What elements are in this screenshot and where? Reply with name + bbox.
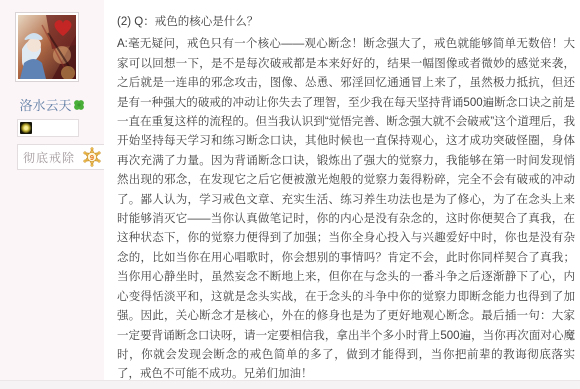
clover-badge-icon: [73, 99, 85, 111]
gold-medal-icon: [20, 122, 32, 134]
post-content: (2) Q：戒色的核心是什么？ A:毫无疑问，戒色只有一个核心——观心断念！断念…: [104, 0, 580, 381]
author-sidebar: 洛水云天 彻底戒除: [0, 0, 104, 381]
rank-stamp-label: 彻底戒除: [23, 149, 75, 166]
level-star-badge-icon: 9: [82, 147, 102, 167]
page-footer-strip: [0, 380, 580, 389]
avatar-image: [18, 15, 76, 79]
post-question: (2) Q：戒色的核心是什么？: [117, 13, 572, 32]
username-row: 洛水云天: [0, 95, 104, 114]
rank-stamp-box: 彻底戒除 9: [17, 144, 107, 170]
level-number: 9: [90, 153, 94, 162]
medal-box[interactable]: [17, 119, 79, 137]
forum-post-page: 洛水云天 彻底戒除: [0, 0, 580, 389]
post-answer: A:毫无疑问，戒色只有一个核心——观心断念！断念强大了，戒色就能够简单无数倍！大…: [117, 35, 575, 384]
username-link[interactable]: 洛水云天: [19, 98, 71, 113]
user-avatar[interactable]: [15, 12, 79, 82]
